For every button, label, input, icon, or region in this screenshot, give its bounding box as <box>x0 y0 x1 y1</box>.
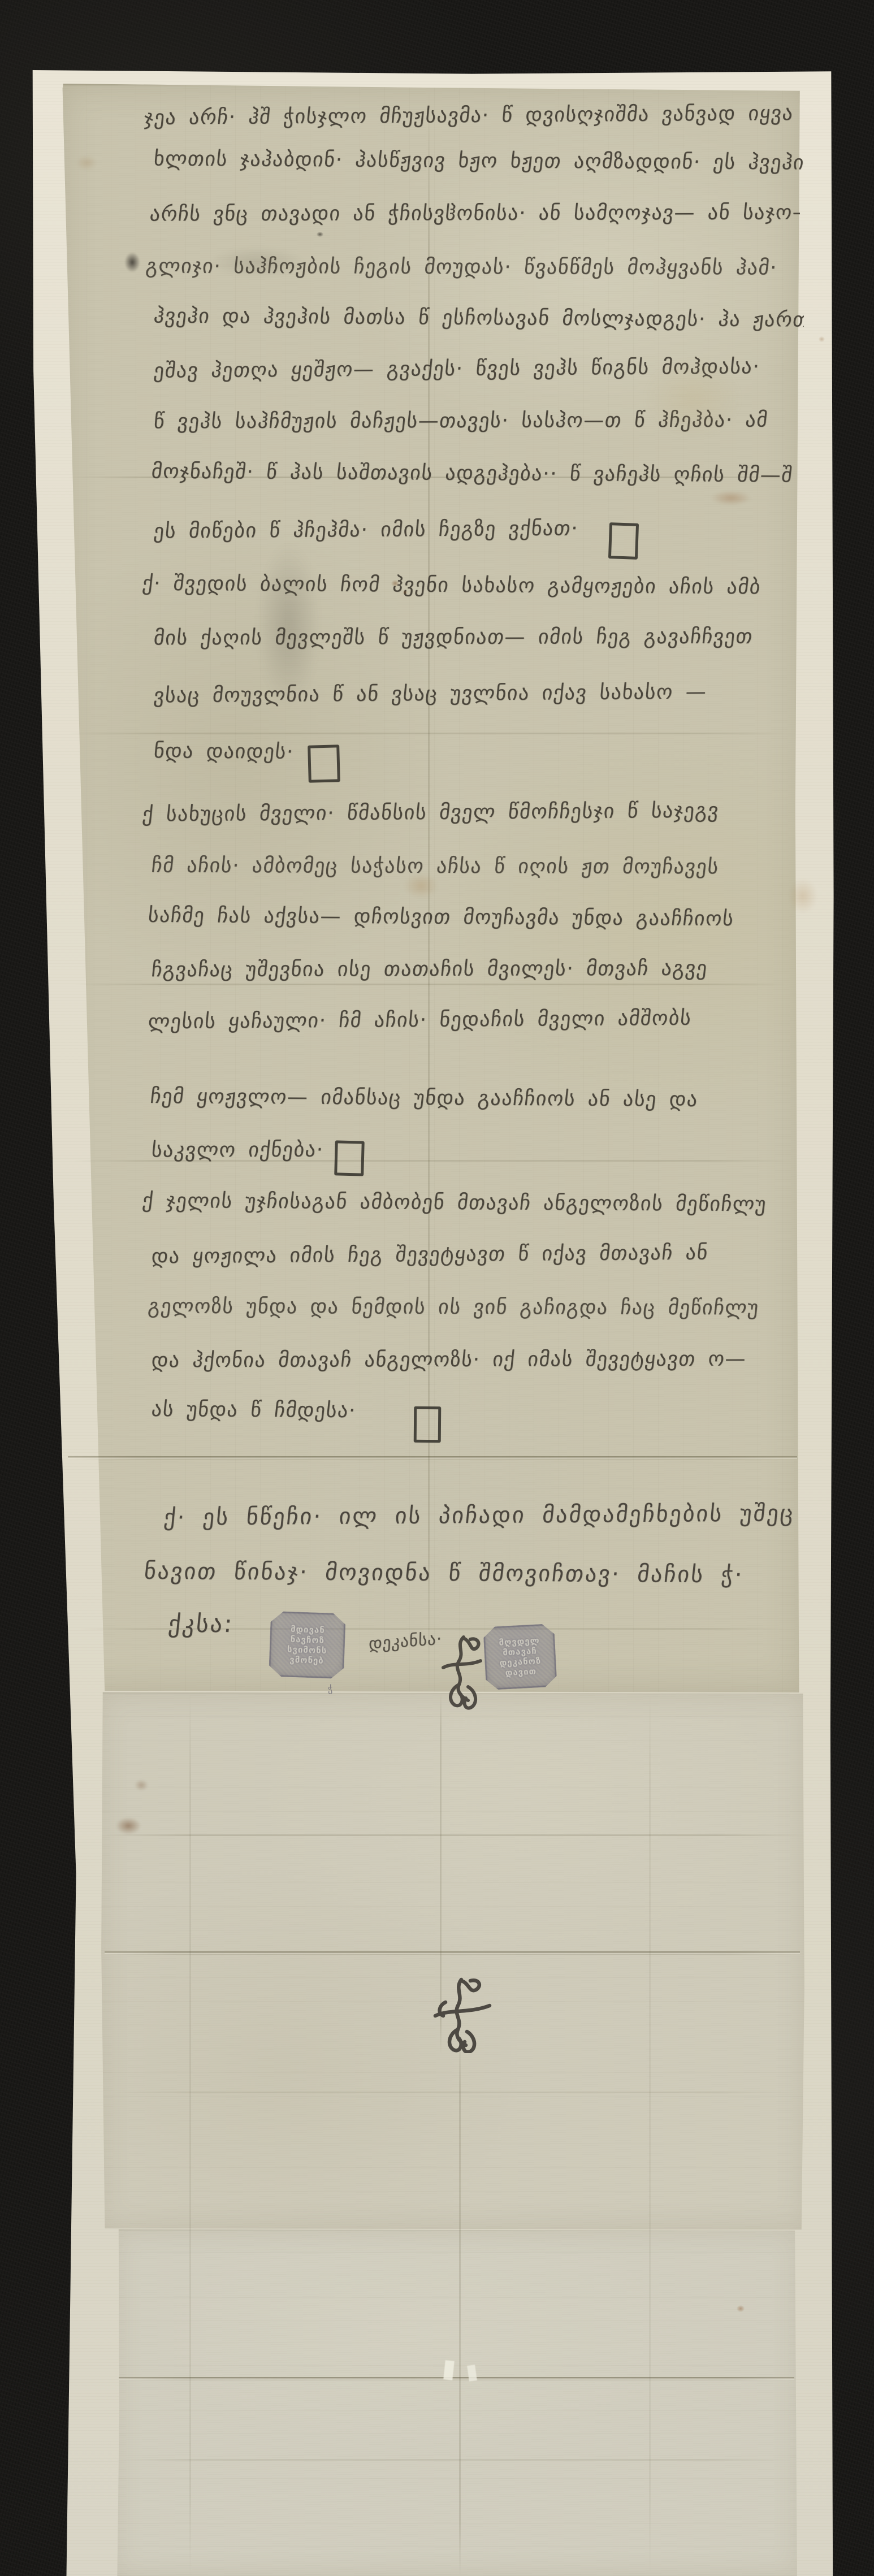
monogram-flourish <box>439 1633 486 1713</box>
manuscript-line: არჩს ვნც თავადი ან ჭჩისვჱონისა· ან სამღო… <box>150 201 800 226</box>
line-text: და ჰქონია მთავაჩ ანგელოზს· იქ იმას შევეტ… <box>152 1348 746 1373</box>
line-text: და ყოჟილა იმის ჩეგ შევეტყავთ წ იქავ მთავ… <box>152 1241 708 1268</box>
seal-inscription: ნავჩოზ <box>290 1634 324 1645</box>
line-text: საჩმე ჩას აქვსა— დჩოსვით მოუჩავმა უნდა გ… <box>148 904 734 930</box>
manuscript-line: მის ქაღის მევლეშს წ უჟვდნიათ— იმის ჩეგ გ… <box>154 625 753 650</box>
rust-stain <box>711 491 751 505</box>
fold-crease <box>73 984 791 985</box>
seal-inscription: სვიმონს <box>287 1644 327 1655</box>
manuscript-line: ჩემ ყოჟვლო— იმანსაც უნდა გააჩჩიოს ან ასე… <box>150 1085 698 1111</box>
line-text: გელოზს უნდა და ნემდის ის ვინ გაჩიგდა ჩაც… <box>148 1295 759 1320</box>
manuscript-line: ჰვეჰი და ჰვეჰის მათსა წ ესჩოსავან მოსლჯა… <box>154 304 804 331</box>
manuscript-line: ჩგვაჩაც უშევნია ისე თათაჩის მვილეს· მთვა… <box>152 957 708 982</box>
manuscript-line: ვსაც მოუვლნია წ ან ვსაც უვლნია იქავ სახა… <box>154 681 707 708</box>
paragraph-end-square-mark <box>308 744 340 782</box>
seal-inscription: ვმონებ <box>289 1655 324 1665</box>
brown-dot-stain <box>403 590 408 595</box>
date-abbreviation: ქკსა: <box>168 1610 234 1638</box>
manuscript-line: ჩმ აჩის· ამბომეც საჭასო აჩსა წ იღის ჟთ მ… <box>152 854 719 879</box>
brown-stain <box>116 1817 141 1834</box>
line-text: ჩმ აჩის· ამბომეც საჭასო აჩსა წ იღის ჟთ მ… <box>152 854 719 879</box>
manuscript-line: გელოზს უნდა და ნემდის ის ვინ გაჩიგდა ჩაც… <box>148 1295 759 1320</box>
manuscript-line: ქ სახუცის მველი· წმანსის მველ წმოჩჩესჯი … <box>142 799 719 826</box>
center-fold <box>459 2035 461 2576</box>
manuscript-line: ლესის ყაჩაული· ჩმ აჩის· ნედაჩის მველი ამ… <box>148 1007 692 1034</box>
line-text: ეს მიწები წ ჰჩეჰმა· იმის ჩეგზე ვქნათ· <box>154 517 578 543</box>
line-text: ჩემ ყოჟვლო— იმანსაც უნდა გააჩჩიოს ან ასე… <box>150 1085 698 1111</box>
brown-stain <box>135 1780 148 1791</box>
brown-dot-stain <box>737 2305 745 2312</box>
line-text: მის ქაღის მევლეშს წ უჟვდნიათ— იმის ჩეგ გ… <box>154 625 753 650</box>
fold-crease <box>68 1456 797 1460</box>
manuscript-line: და ყოჟილა იმის ჩეგ შევეტყავთ წ იქავ მთავ… <box>152 1241 708 1268</box>
manuscript-line: ქ· შვედის ბალის ჩომ ჰვენი სახასო გამყოჟე… <box>142 572 761 599</box>
paragraph-end-square-mark <box>414 1406 442 1443</box>
rust-dot-stain <box>819 336 825 342</box>
foxing-patch <box>789 879 817 913</box>
foxing-patch <box>644 359 741 438</box>
under-seal-mark: ჭ <box>328 1683 332 1694</box>
line-text: ნავით წინაჯ· მოვიდნა წ შმოვიჩთავ· მაჩის … <box>144 1558 744 1588</box>
manuscript-line: მოჯნაჩეშ· წ ჰას საშთავის ადგეჰება·· წ ვა… <box>152 460 793 487</box>
seal-inscription: დავით <box>505 1666 536 1678</box>
fold-crease <box>113 2092 791 2093</box>
foxing-patch <box>404 873 438 898</box>
ink-seal-right: მღვდელ მთავაჩ დეკანოზ დავით <box>483 1623 557 1690</box>
line-text: საკვლო იქნება· <box>152 1138 324 1162</box>
fold-crease <box>119 2377 794 2380</box>
ink-seal-left: მდივან ნავჩოზ სვიმონს ვმონებ <box>269 1611 346 1679</box>
lower-leaf <box>101 1692 805 2229</box>
backing-stain <box>76 155 97 170</box>
line-text: ნდა დაიდეს· <box>154 739 294 763</box>
manuscript-line: საჩმე ჩას აქვსა— დჩოსვით მოუჩავმა უნდა გ… <box>148 904 734 930</box>
photo-backdrop: ჯეა არჩ· ჰშ ჭისჯლო მჩუჟსავმა· წ დვისღჯიშ… <box>0 0 874 2576</box>
manuscript-line: ნდა დაიდეს· <box>154 739 294 764</box>
fold-crease <box>649 1692 651 2576</box>
line-text: ქკსა: <box>168 1610 234 1638</box>
manuscript-line: ქ ჯელის უჯჩისაგან ამბობენ მთავაჩ ანგელოზ… <box>142 1189 767 1216</box>
gray-ghost-smudge <box>209 246 305 278</box>
seal-inscription: მდივან <box>291 1624 325 1635</box>
manuscript-line: საკვლო იქნება· <box>152 1138 324 1162</box>
line-text: ას უნდა წ ჩმდესა· <box>152 1398 356 1422</box>
line-text: ქ ჯელის უჯჩისაგან ამბობენ მთავაჩ ანგელოზ… <box>142 1189 767 1216</box>
manuscript-line: ხლთის ჯაჰაბდინ· ჰასწჟვივ ხჟო ხჟეთ აღმზად… <box>154 147 804 174</box>
line-text: ხლთის ჯაჰაბდინ· ჰასწჟვივ ხჟო ხჟეთ აღმზად… <box>154 148 804 175</box>
manuscript-line: ას უნდა წ ჩმდესა· <box>152 1398 356 1422</box>
paragraph-end-square-mark <box>334 1140 365 1176</box>
paragraph-end-square-mark <box>608 522 639 560</box>
fold-crease <box>105 1951 800 1955</box>
ink-dot-stain <box>317 232 323 237</box>
fold-crease <box>119 2459 791 2461</box>
line-text: მოჯნაჩეშ· წ ჰას საშთავის ადგეჰება·· წ ვა… <box>152 460 793 487</box>
line-text: ქ· ეს ნწეჩი· ილ ის პიჩადი მამდამეჩხების … <box>164 1500 795 1531</box>
manuscript-line: ჯეა არჩ· ჰშ ჭისჯლო მჩუჟსავმა· წ დვისღჯიშ… <box>144 102 794 129</box>
fold-crease <box>105 1834 800 1836</box>
ink-blob-stain <box>124 252 140 272</box>
line-text: ქ სახუცის მველი· წმანსის მველ წმოჩჩესჯი … <box>142 799 719 826</box>
line-text: ვსაც მოუვლნია წ ან ვსაც უვლნია იქავ სახა… <box>154 681 707 708</box>
bottom-leaf <box>116 2229 798 2576</box>
line-text: ლესის ყაჩაული· ჩმ აჩის· ნედაჩის მველი ამ… <box>148 1007 692 1034</box>
line-text: ჰვეჰი და ჰვეჰის მათსა წ ესჩოსავან მოსლჯა… <box>154 305 804 332</box>
fold-crease <box>189 1692 191 2576</box>
bottom-monogram <box>429 1976 496 2053</box>
manuscript-line: და ჰქონია მთავაჩ ანგელოზს· იქ იმას შევეტ… <box>152 1348 746 1373</box>
signature-line: ნავით წინაჯ· მოვიდნა წ შმოვიჩთავ· მაჩის … <box>144 1558 744 1588</box>
line-text: არჩს ვნც თავადი ან ჭჩისვჱონისა· ან სამღო… <box>150 201 800 226</box>
signature-line: ქ· ეს ნწეჩი· ილ ის პიჩადი მამდამეჩხების … <box>164 1500 795 1531</box>
brown-dot-stain <box>391 580 399 587</box>
fold-crease <box>68 733 791 734</box>
line-text: ჩგვაჩაც უშევნია ისე თათაჩის მვილეს· მთვა… <box>152 957 708 982</box>
line-text: ჯეა არჩ· ჰშ ჭისჯლო მჩუჟსავმა· წ დვისღჯიშ… <box>144 102 794 129</box>
manuscript-line: ეს მიწები წ ჰჩეჰმა· იმის ჩეგზე ვქნათ· <box>154 517 578 543</box>
line-text: ქ· შვედის ბალის ჩომ ჰვენი სახასო გამყოჟე… <box>142 572 761 599</box>
gray-smudge <box>257 543 319 707</box>
